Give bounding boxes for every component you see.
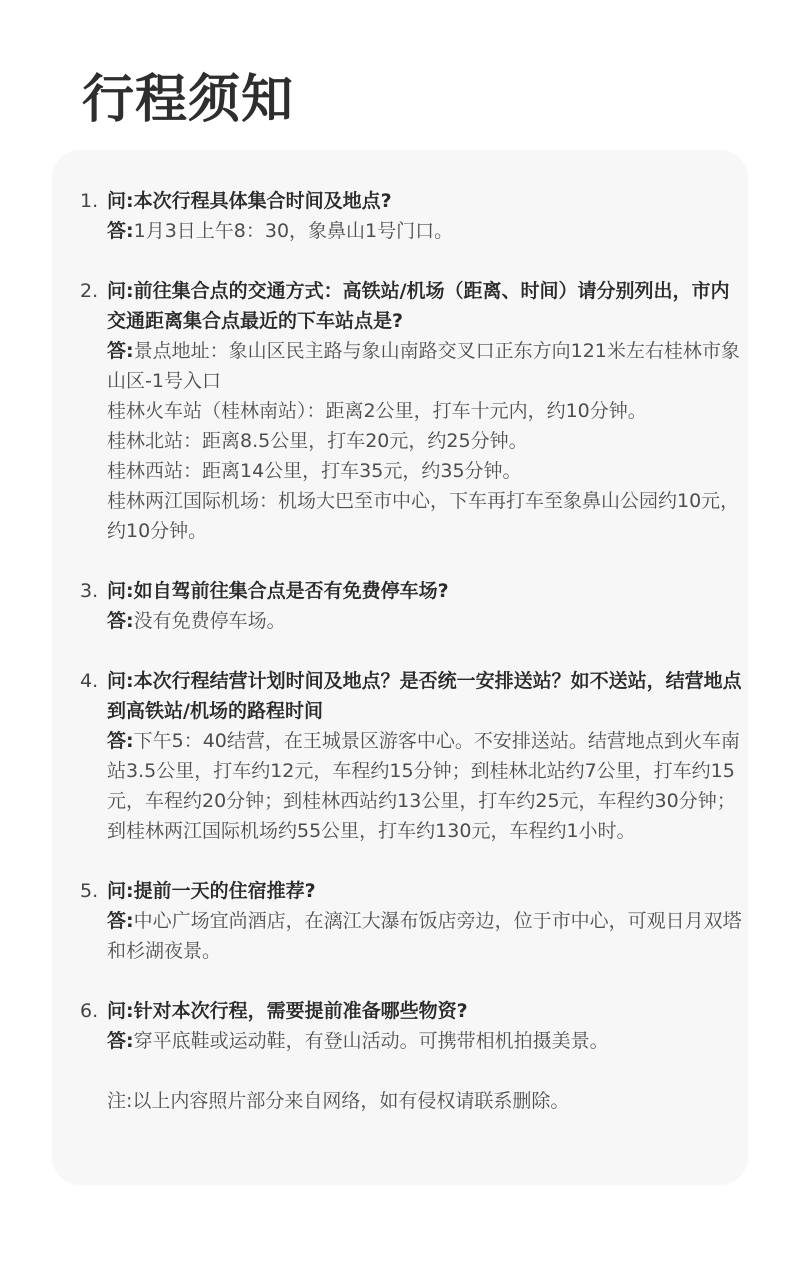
faq-answer: 答:下午5：40结营，在王城景区游客中心。不安排送站。结营地点到火车南站3.5公… <box>107 726 747 846</box>
answer-line: 答:下午5：40结营，在王城景区游客中心。不安排送站。结营地点到火车南站3.5公… <box>107 726 747 846</box>
faq-item-1: 1. 问:本次行程具体集合时间及地点? 答:1月3日上午8：30，象鼻山1号门口… <box>52 186 748 246</box>
answer-prefix: 答: <box>107 1030 134 1052</box>
faq-number: 2. <box>80 276 98 306</box>
faq-number: 6. <box>80 996 98 1026</box>
answer-line: 桂林火车站（桂林南站）：距离2公里，打车十元内，约10分钟。 <box>107 396 747 426</box>
question-text: 前往集合点的交通方式：高铁站/机场（距离、时间）请分别列出，市内交通距离集合点最… <box>107 280 730 332</box>
question-text: 本次行程结营计划时间及地点？是否统一安排送站？如不送站，结营地点到高铁站/机场的… <box>107 670 742 722</box>
faq-question: 问:本次行程具体集合时间及地点? <box>107 186 747 216</box>
answer-line: 答:1月3日上午8：30，象鼻山1号门口。 <box>107 216 747 246</box>
faq-answer: 答:景点地址：象山区民主路与象山南路交叉口正东方向121米左右桂林市象山区-1号… <box>107 336 747 546</box>
question-prefix: 问: <box>107 880 134 902</box>
answer-prefix: 答: <box>107 610 134 632</box>
disclaimer-note: 注:以上内容照片部分来自网络，如有侵权请联系删除。 <box>52 1086 748 1116</box>
answer-prefix: 答: <box>107 910 134 932</box>
question-prefix: 问: <box>107 670 134 692</box>
faq-item-2: 2. 问:前往集合点的交通方式：高铁站/机场（距离、时间）请分别列出，市内交通距… <box>52 276 748 546</box>
question-text: 如自驾前往集合点是否有免费停车场? <box>134 580 449 602</box>
faq-question: 问:提前一天的住宿推荐? <box>107 876 747 906</box>
answer-text: 景点地址：象山区民主路与象山南路交叉口正东方向121米左右桂林市象山区-1号入口 <box>107 340 740 392</box>
answer-text: 1月3日上午8：30，象鼻山1号门口。 <box>134 220 454 242</box>
faq-item-3: 3. 问:如自驾前往集合点是否有免费停车场? 答:没有免费停车场。 <box>52 576 748 636</box>
answer-prefix: 答: <box>107 340 134 362</box>
answer-text: 穿平底鞋或运动鞋，有登山活动。可携带相机拍摄美景。 <box>134 1030 609 1052</box>
faq-question: 问:针对本次行程，需要提前准备哪些物资? <box>107 996 747 1026</box>
answer-text: 下午5：40结营，在王城景区游客中心。不安排送站。结营地点到火车南站3.5公里，… <box>107 730 740 842</box>
faq-item-4: 4. 问:本次行程结营计划时间及地点？是否统一安排送站？如不送站，结营地点到高铁… <box>52 666 748 846</box>
answer-text: 中心广场宜尚酒店，在漓江大瀑布饭店旁边，位于市中心，可观日月双塔和杉湖夜景。 <box>107 910 742 962</box>
faq-number: 4. <box>80 666 98 696</box>
faq-item-5: 5. 问:提前一天的住宿推荐? 答:中心广场宜尚酒店，在漓江大瀑布饭店旁边，位于… <box>52 876 748 966</box>
faq-item-6: 6. 问:针对本次行程，需要提前准备哪些物资? 答:穿平底鞋或运动鞋，有登山活动… <box>52 996 748 1056</box>
faq-answer: 答:1月3日上午8：30，象鼻山1号门口。 <box>107 216 747 246</box>
answer-line: 桂林北站：距离8.5公里，打车20元，约25分钟。 <box>107 426 747 456</box>
faq-card: 1. 问:本次行程具体集合时间及地点? 答:1月3日上午8：30，象鼻山1号门口… <box>52 150 748 1185</box>
faq-number: 5. <box>80 876 98 906</box>
answer-line: 答:景点地址：象山区民主路与象山南路交叉口正东方向121米左右桂林市象山区-1号… <box>107 336 747 396</box>
answer-text: 没有免费停车场。 <box>134 610 286 632</box>
answer-prefix: 答: <box>107 730 134 752</box>
answer-line: 答:没有免费停车场。 <box>107 606 747 636</box>
answer-line: 桂林两江国际机场：机场大巴至市中心，下车再打车至象鼻山公园约10元，约10分钟。 <box>107 486 747 546</box>
answer-line: 答:中心广场宜尚酒店，在漓江大瀑布饭店旁边，位于市中心，可观日月双塔和杉湖夜景。 <box>107 906 747 966</box>
faq-number: 1. <box>80 186 98 216</box>
question-text: 针对本次行程，需要提前准备哪些物资? <box>134 1000 468 1022</box>
question-prefix: 问: <box>107 1000 134 1022</box>
faq-number: 3. <box>80 576 98 606</box>
faq-question: 问:如自驾前往集合点是否有免费停车场? <box>107 576 747 606</box>
question-text: 提前一天的住宿推荐? <box>134 880 316 902</box>
answer-line: 桂林西站：距离14公里，打车35元，约35分钟。 <box>107 456 747 486</box>
answer-line: 答:穿平底鞋或运动鞋，有登山活动。可携带相机拍摄美景。 <box>107 1026 747 1056</box>
page-title: 行程须知 <box>82 68 294 132</box>
question-prefix: 问: <box>107 190 134 212</box>
faq-question: 问:本次行程结营计划时间及地点？是否统一安排送站？如不送站，结营地点到高铁站/机… <box>107 666 747 726</box>
faq-answer: 答:没有免费停车场。 <box>107 606 747 636</box>
question-text: 本次行程具体集合时间及地点? <box>134 190 392 212</box>
faq-list: 1. 问:本次行程具体集合时间及地点? 答:1月3日上午8：30，象鼻山1号门口… <box>52 186 748 1056</box>
faq-answer: 答:中心广场宜尚酒店，在漓江大瀑布饭店旁边，位于市中心，可观日月双塔和杉湖夜景。 <box>107 906 747 966</box>
faq-answer: 答:穿平底鞋或运动鞋，有登山活动。可携带相机拍摄美景。 <box>107 1026 747 1056</box>
answer-prefix: 答: <box>107 220 134 242</box>
question-prefix: 问: <box>107 580 134 602</box>
faq-question: 问:前往集合点的交通方式：高铁站/机场（距离、时间）请分别列出，市内交通距离集合… <box>107 276 747 336</box>
question-prefix: 问: <box>107 280 134 302</box>
